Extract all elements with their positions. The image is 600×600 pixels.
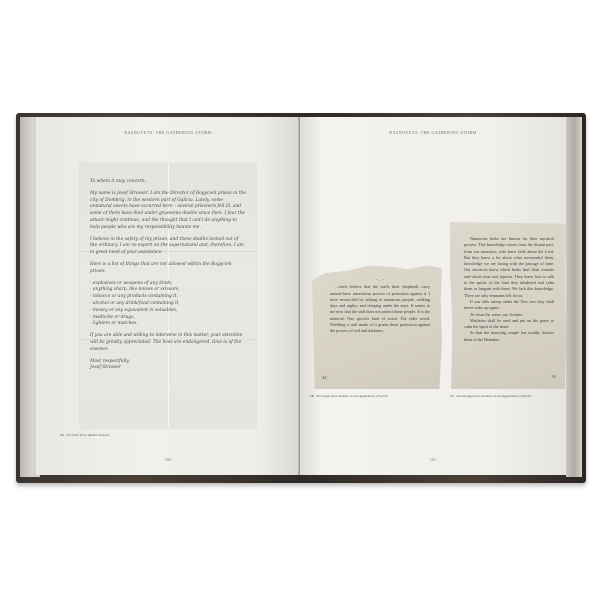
right-page: · RAZNOVETS: THE GATHERING STORM · - ...… (300, 117, 566, 475)
fragment-paragraph: Mistletoe shall be used and put on the g… (464, 318, 554, 331)
list-item: alcohol or any drink/food containing it, (90, 301, 246, 308)
fragment-paragraph: ...ench believe that the staffs their sh… (330, 284, 430, 334)
torn-fragment-second-page: Numerous herbs are known for their mysti… (450, 222, 566, 389)
list-item: anything sharp, like knives or scissors, (90, 287, 246, 294)
page-number: · 101 · (300, 457, 566, 462)
list-item: lighters or matches. (90, 321, 246, 328)
fragment-page-number: 24 (322, 375, 327, 381)
letter-paragraph: My name is Josef Strasser. I am the Dire… (90, 191, 246, 232)
letter-signature: Josef Strasser (90, 365, 246, 372)
fragment-page-number: 31 (551, 374, 556, 380)
letter-paragraph: Here is a list of things that are not al… (90, 262, 246, 276)
caption-text: The letter from Warden Strasser (66, 433, 109, 437)
caption-number: 15. (60, 433, 64, 437)
list-item: medicine or drugs, (90, 315, 246, 322)
letter-paragraph: If you are able and willing to intervene… (90, 333, 246, 353)
figure-caption: 17.Second page from Treatise on the Appa… (450, 394, 531, 398)
letter-text: To whom it may concern, My name is Josef… (90, 179, 246, 377)
figure-caption: 16.First page from Treatise on the Appar… (310, 394, 388, 398)
running-head: · RAZNOVETS: THE GATHERING STORM · (36, 130, 300, 135)
fragment-paragraph: If one falls asleep under the Yew tree t… (464, 299, 554, 312)
caption-text: First page from Treatise on the Appariti… (316, 394, 388, 398)
torn-fragment-first-page: - ... - ...ench believe that the staffs … (312, 263, 442, 389)
list-item: tobacco or any products containing it, (90, 294, 246, 301)
figure-caption: 15.The letter from Warden Strasser (60, 433, 110, 437)
caption-number: 17. (450, 394, 454, 398)
page-number: · 100 · (36, 457, 300, 462)
letter-salutation: To whom it may concern, (90, 179, 246, 186)
list-item: explosives or weapons of any kinds, (90, 281, 246, 288)
fragment-text: - ... - ...ench believe that the staffs … (330, 277, 430, 335)
left-page: · RAZNOVETS: THE GATHERING STORM · To wh… (36, 117, 300, 475)
running-head: · RAZNOVETS: THE GATHERING STORM · (300, 130, 566, 135)
fragment-text: Numerous herbs are known for their mysti… (464, 236, 554, 343)
caption-text: Second page from Treatise on the Apparit… (456, 394, 531, 398)
fragment-paragraph: Numerous herbs are known for their mysti… (464, 236, 554, 299)
letter-image: To whom it may concern, My name is Josef… (80, 163, 256, 428)
page-edges-right (566, 117, 582, 477)
letter-signoff: Most respectfully, (90, 359, 246, 366)
letter-paragraph: I believe in the safety of my prison, an… (90, 237, 246, 257)
prohibited-list: explosives or weapons of any kinds, anyt… (90, 281, 246, 329)
fragment-paragraph: So that the marrying couple has wealth, … (464, 330, 554, 343)
fragment-top-mark: - ... - (330, 277, 430, 283)
list-item: money or any equivalent in valuables, (90, 308, 246, 315)
caption-number: 16. (310, 394, 314, 398)
